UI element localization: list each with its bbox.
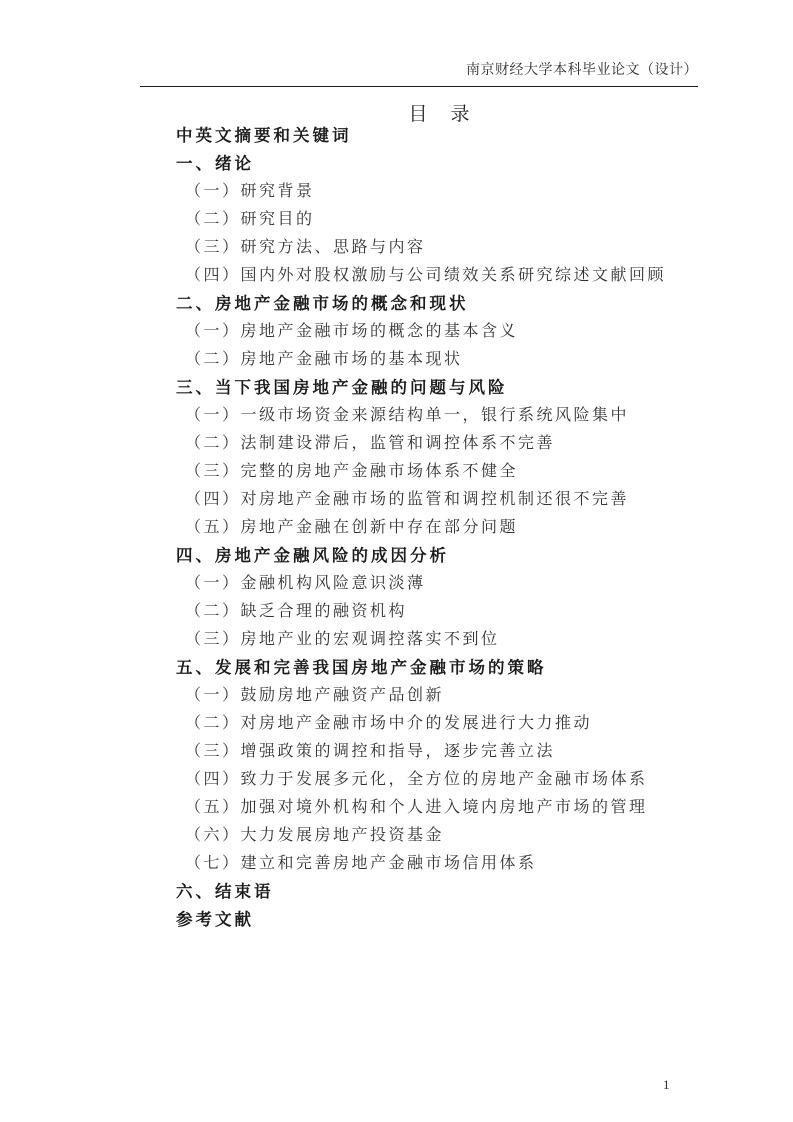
toc-entry: （三）增强政策的调控和指导，逐步完善立法: [185, 738, 733, 766]
toc-entry: （六）大力发展房地产投资基金: [185, 822, 733, 850]
toc-entry: （四）致力于发展多元化，全方位的房地产金融市场体系: [185, 766, 733, 794]
toc-entry: 中英文摘要和关键词: [176, 122, 733, 150]
toc-entry: （一）房地产金融市场的概念的基本含义: [185, 318, 733, 346]
toc-entry: 三、当下我国房地产金融的问题与风险: [176, 374, 733, 402]
toc-entry: （三）研究方法、思路与内容: [185, 234, 733, 262]
toc-entry: （三）房地产业的宏观调控落实不到位: [185, 626, 733, 654]
toc-entry: （五）加强对境外机构和个人进入境内房地产市场的管理: [185, 794, 733, 822]
toc-entry: （二）房地产金融市场的基本现状: [185, 346, 733, 374]
toc-entry: （七）建立和完善房地产金融市场信用体系: [185, 850, 733, 878]
toc-entry: （二）研究目的: [185, 206, 733, 234]
toc-entry: （二）法制建设滞后，监管和调控体系不完善: [185, 430, 733, 458]
page-number: 1: [663, 1077, 670, 1093]
toc-entry: 六、结束语: [176, 878, 733, 906]
toc-entry: （四）对房地产金融市场的监管和调控机制还很不完善: [185, 486, 733, 514]
toc-entry: 参考文献: [176, 906, 733, 934]
toc-entry: （二）对房地产金融市场中介的发展进行大力推动: [185, 710, 733, 738]
toc-entry: （四）国内外对股权激励与公司绩效关系研究综述文献回顾: [185, 262, 733, 290]
toc-entry: 一、绪论: [176, 150, 733, 178]
toc-entry: （一）研究背景: [185, 178, 733, 206]
toc-entry: 二、房地产金融市场的概念和现状: [176, 290, 733, 318]
toc-entry: （一）鼓励房地产融资产品创新: [185, 682, 733, 710]
toc-entry: （五）房地产金融在创新中存在部分问题: [185, 514, 733, 542]
toc-entry: （三）完整的房地产金融市场体系不健全: [185, 458, 733, 486]
page-header: 南京财经大学本科毕业论文（设计）: [140, 59, 698, 87]
toc-entry: （一）金融机构风险意识淡薄: [185, 570, 733, 598]
toc-entry: 四、房地产金融风险的成因分析: [176, 542, 733, 570]
table-of-contents: 中英文摘要和关键词 一、绪论 （一）研究背景 （二）研究目的 （三）研究方法、思…: [176, 122, 733, 934]
toc-entry: 五、发展和完善我国房地产金融市场的策略: [176, 654, 733, 682]
toc-entry: （一）一级市场资金来源结构单一，银行系统风险集中: [185, 402, 733, 430]
document-page: 南京财经大学本科毕业论文（设计） 目 录 中英文摘要和关键词 一、绪论 （一）研…: [0, 0, 793, 1122]
toc-entry: （二）缺乏合理的融资机构: [185, 598, 733, 626]
